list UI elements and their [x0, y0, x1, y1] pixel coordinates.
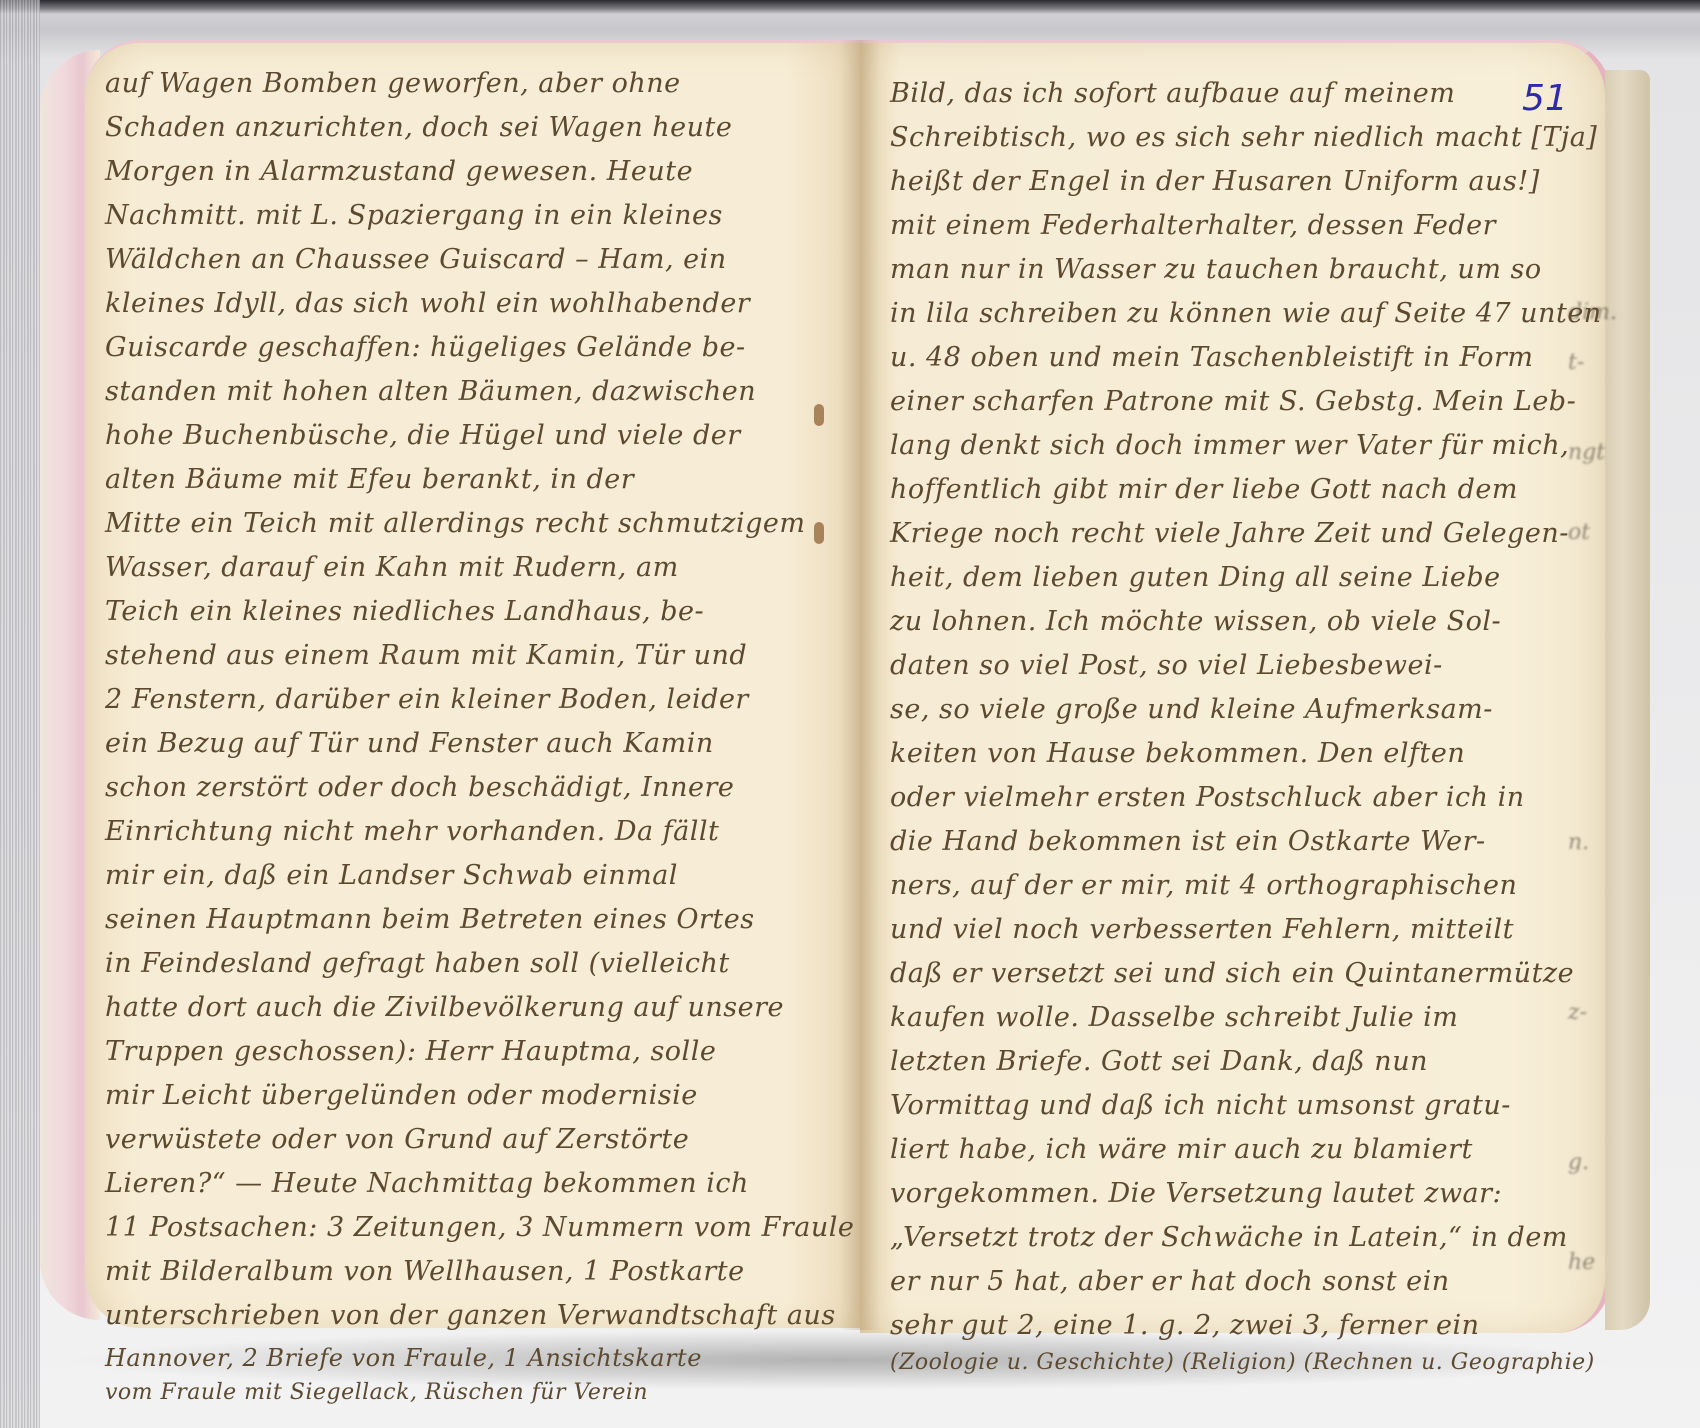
- handwritten-line: 2 Fenstern, darüber ein kleiner Boden, l…: [105, 684, 749, 715]
- handwritten-line: Teich ein kleines niedliches Landhaus, b…: [105, 596, 704, 627]
- handwritten-line: Nachmitt. mit L. Spaziergang in ein klei…: [105, 200, 723, 231]
- scanner-glass-edge: [0, 0, 40, 1428]
- handwritten-line: die Hand bekommen ist ein Ostkarte Wer-: [890, 826, 1486, 857]
- handwritten-line: Einrichtung nicht mehr vorhanden. Da fäl…: [105, 816, 719, 847]
- handwritten-line: oder vielmehr ersten Postschluck aber ic…: [890, 782, 1525, 813]
- handwritten-line: Wasser, darauf ein Kahn mit Rudern, am: [105, 552, 679, 583]
- handwritten-line: se, so viele große und kleine Aufmerksam…: [890, 694, 1493, 725]
- page-number: 51: [1522, 78, 1568, 119]
- handwritten-line: mit Bilderalbum von Wellhausen, 1 Postka…: [105, 1256, 745, 1287]
- handwritten-line: Schreibtisch, wo es sich sehr niedlich m…: [890, 122, 1597, 153]
- handwritten-line: mir Leicht übergelünden oder modernisie: [105, 1080, 698, 1111]
- handwritten-line: verwüstete oder von Grund auf Zerstörte: [105, 1124, 689, 1155]
- handwritten-line: „Versetzt trotz der Schwäche in Latein,“…: [890, 1222, 1568, 1253]
- handwritten-line: mit einem Federhalterhalter, dessen Fede…: [890, 210, 1496, 241]
- handwritten-line: vorgekommen. Die Versetzung lautet zwar:: [890, 1178, 1502, 1209]
- next-page-fragment: t-: [1568, 350, 1608, 375]
- next-page-fragment: n.: [1568, 830, 1608, 855]
- handwritten-line: daten so viel Post, so viel Liebesbewei-: [890, 650, 1443, 681]
- gutter-stain: [814, 522, 824, 544]
- handwritten-line: kleines Idyll, das sich wohl ein wohlhab…: [105, 288, 750, 319]
- handwritten-line: auf Wagen Bomben geworfen, aber ohne: [105, 68, 681, 99]
- handwritten-line: mir ein, daß ein Landser Schwab einmal: [105, 860, 678, 891]
- handwritten-line: schon zerstört oder doch beschädigt, Inn…: [105, 772, 734, 803]
- next-page-fragment: ot: [1568, 520, 1608, 545]
- next-page-fragment: he: [1568, 1250, 1608, 1275]
- next-page-fragment: z-: [1568, 1000, 1608, 1025]
- book-gutter: [840, 40, 880, 1330]
- next-page-fragment: ngt: [1568, 440, 1608, 465]
- handwritten-line: standen mit hohen alten Bäumen, dazwisch…: [105, 376, 756, 407]
- handwritten-line: heit, dem lieben guten Ding all seine Li…: [890, 562, 1501, 593]
- handwritten-line: vom Fraule mit Siegellack, Rüschen für V…: [105, 1380, 648, 1405]
- handwritten-line: u. 48 oben und mein Taschenbleistift in …: [890, 342, 1534, 373]
- handwritten-line: kaufen wolle. Dasselbe schreibt Julie im: [890, 1002, 1458, 1033]
- handwritten-line: zu lohnen. Ich möchte wissen, ob viele S…: [890, 606, 1501, 637]
- handwritten-line: hohe Buchenbüsche, die Hügel und viele d…: [105, 420, 741, 451]
- handwritten-line: liert habe, ich wäre mir auch zu blamier…: [890, 1134, 1473, 1165]
- handwritten-line: man nur in Wasser zu tauchen braucht, um…: [890, 254, 1542, 285]
- handwritten-line: sehr gut 2, eine 1. g. 2, zwei 3, ferner…: [890, 1310, 1479, 1341]
- handwritten-line: in lila schreiben zu können wie auf Seit…: [890, 298, 1602, 329]
- handwritten-line: Kriege noch recht viele Jahre Zeit und G…: [890, 518, 1569, 549]
- handwritten-line: lang denkt sich doch immer wer Vater für…: [890, 430, 1569, 461]
- handwritten-line: daß er versetzt sei und sich ein Quintan…: [890, 958, 1574, 989]
- handwritten-line: Lieren?“ — Heute Nachmittag bekommen ich: [105, 1168, 749, 1199]
- handwritten-line: keiten von Hause bekommen. Den elften: [890, 738, 1465, 769]
- handwritten-line: seinen Hauptmann beim Betreten eines Ort…: [105, 904, 755, 935]
- handwritten-line: Vormittag und daß ich nicht umsonst grat…: [890, 1090, 1511, 1121]
- handwritten-line: 11 Postsachen: 3 Zeitungen, 3 Nummern vo…: [105, 1212, 854, 1243]
- handwritten-line: Truppen geschossen): Herr Hauptma, solle: [105, 1036, 716, 1067]
- next-page-edge: [1605, 70, 1650, 1330]
- handwritten-line: hatte dort auch die Zivilbevölkerung auf…: [105, 992, 784, 1023]
- handwritten-line: und viel noch verbesserten Fehlern, mitt…: [890, 914, 1514, 945]
- handwritten-line: einer scharfen Patrone mit S. Gebstg. Me…: [890, 386, 1576, 417]
- scanner-lid-edge: [0, 0, 1700, 14]
- handwritten-line: Schaden anzurichten, doch sei Wagen heut…: [105, 112, 732, 143]
- handwritten-line: Hannover, 2 Briefe von Fraule, 1 Ansicht…: [105, 1344, 702, 1372]
- handwritten-line: ein Bezug auf Tür und Fenster auch Kamin: [105, 728, 714, 759]
- next-page-fragment: g.: [1568, 1150, 1608, 1175]
- handwritten-line: Mitte ein Teich mit allerdings recht sch…: [105, 508, 805, 539]
- handwritten-line: ners, auf der er mir, mit 4 orthographis…: [890, 870, 1517, 901]
- handwritten-line: er nur 5 hat, aber er hat doch sonst ein: [890, 1266, 1450, 1297]
- handwritten-line: hoffentlich gibt mir der liebe Gott nach…: [890, 474, 1518, 505]
- handwritten-line: heißt der Engel in der Husaren Uniform a…: [890, 166, 1540, 197]
- gutter-stain: [814, 404, 824, 426]
- handwritten-line: stehend aus einem Raum mit Kamin, Tür un…: [105, 640, 747, 671]
- handwritten-line: letzten Briefe. Gott sei Dank, daß nun: [890, 1046, 1428, 1077]
- handwritten-line: alten Bäume mit Efeu berankt, in der: [105, 464, 634, 495]
- handwritten-line: (Zoologie u. Geschichte) (Religion) (Rec…: [890, 1350, 1595, 1375]
- handwritten-line: unterschrieben von der ganzen Verwandtsc…: [105, 1300, 836, 1331]
- handwritten-line: Wäldchen an Chaussee Guiscard – Ham, ein: [105, 244, 727, 275]
- handwritten-line: Morgen in Alarmzustand gewesen. Heute: [105, 156, 693, 187]
- handwritten-line: Guiscarde geschaffen: hügeliges Gelände …: [105, 332, 746, 363]
- handwritten-line: in Feindesland gefragt haben soll (viell…: [105, 948, 730, 979]
- handwritten-line: Bild, das ich sofort aufbaue auf meinem: [890, 78, 1455, 109]
